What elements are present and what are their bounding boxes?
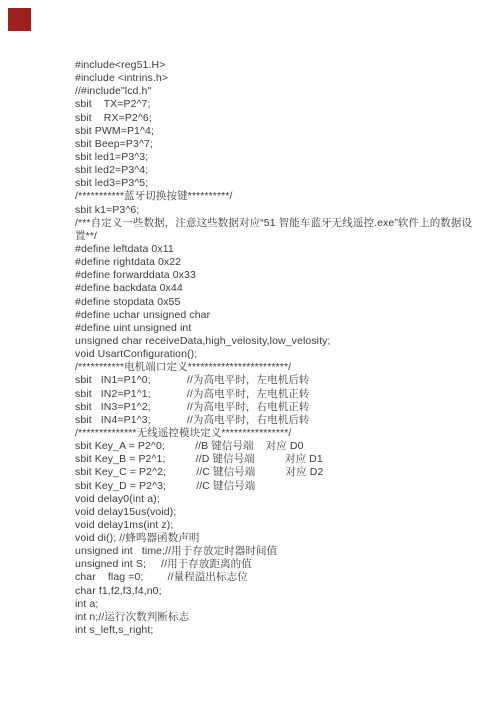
code-line: unsigned int time;//用于存放定时器时间值 xyxy=(75,545,495,558)
code-line: #define stopdata 0x55 xyxy=(75,296,495,309)
code-line: char f1,f2,f3,f4,n0; xyxy=(75,585,495,598)
code-line: void di(); //蜂鸣器函数声明 xyxy=(75,532,495,545)
code-line: sbit IN1=P1^0; //为高电平时，左电机后转 xyxy=(75,374,495,387)
code-line: #define rightdata 0x22 xyxy=(75,256,495,269)
code-line: #define forwarddata 0x33 xyxy=(75,269,495,282)
code-line: //#include"lcd.h" xyxy=(75,85,495,98)
code-line: sbit Key_C = P2^2; //C 键信号端 对应 D2 xyxy=(75,466,495,479)
code-line: /***********蓝牙切换按键**********/ xyxy=(75,190,495,203)
code-line: #define uchar unsigned char xyxy=(75,309,495,322)
code-line: #define leftdata 0x11 xyxy=(75,243,495,256)
code-line: int n;//运行次数判断标志 xyxy=(75,611,495,624)
code-line: 置**/ xyxy=(75,230,495,243)
code-line: void delay1ms(int z); xyxy=(75,519,495,532)
code-line: sbit led2=P3^4; xyxy=(75,164,495,177)
code-line: sbit PWM=P1^4; xyxy=(75,125,495,138)
code-line: unsigned int S; //用于存放距离的值 xyxy=(75,558,495,571)
code-line: sbit Key_A = P2^0; //B 键信号端 对应 D0 xyxy=(75,440,495,453)
code-line: sbit IN4=P1^3; //为高电平时，右电机后转 xyxy=(75,414,495,427)
code-line: sbit led3=P3^5; xyxy=(75,177,495,190)
code-line: void delay15us(void); xyxy=(75,506,495,519)
code-line: /**************无线遥控模块定义****************/ xyxy=(75,427,495,440)
document-page: { "corner_mark": { "color": "#9e201b" },… xyxy=(0,0,500,707)
code-line: #define backdata 0x44 xyxy=(75,282,495,295)
code-line: #include <intrins.h> xyxy=(75,72,495,85)
code-line: sbit IN3=P1^2; //为高电平时，右电机正转 xyxy=(75,401,495,414)
code-line: sbit led1=P3^3; xyxy=(75,151,495,164)
code-line: sbit IN2=P1^1; //为高电平时，左电机正转 xyxy=(75,388,495,401)
code-line: sbit Beep=P3^7; xyxy=(75,138,495,151)
code-line: void UsartConfiguration(); xyxy=(75,348,495,361)
code-line: sbit k1=P3^6; xyxy=(75,204,495,217)
code-line: #define uint unsigned int xyxy=(75,322,495,335)
code-line: unsigned char receiveData,high_velosity,… xyxy=(75,335,495,348)
code-line: void delay0(int a); xyxy=(75,493,495,506)
code-line: sbit TX=P2^7; xyxy=(75,98,495,111)
code-block: #include<reg51.H>#include <intrins.h>//#… xyxy=(75,59,495,637)
code-line: int s_left,s_right; xyxy=(75,624,495,637)
code-line: /***********电机端口定义**********************… xyxy=(75,361,495,374)
red-corner-mark xyxy=(8,8,31,31)
code-line: int a; xyxy=(75,598,495,611)
code-line: char flag =0; //量程溢出标志位 xyxy=(75,571,495,584)
code-line: #include<reg51.H> xyxy=(75,59,495,72)
code-line: sbit RX=P2^6; xyxy=(75,112,495,125)
code-line: sbit Key_D = P2^3; //C 键信号端 xyxy=(75,480,495,493)
code-line: sbit Key_B = P2^1; //D 键信号端 对应 D1 xyxy=(75,453,495,466)
code-line: /***自定义一些数据，注意这些数据对应“51 智能车蓝牙无线遥控.exe”软件… xyxy=(75,217,495,230)
